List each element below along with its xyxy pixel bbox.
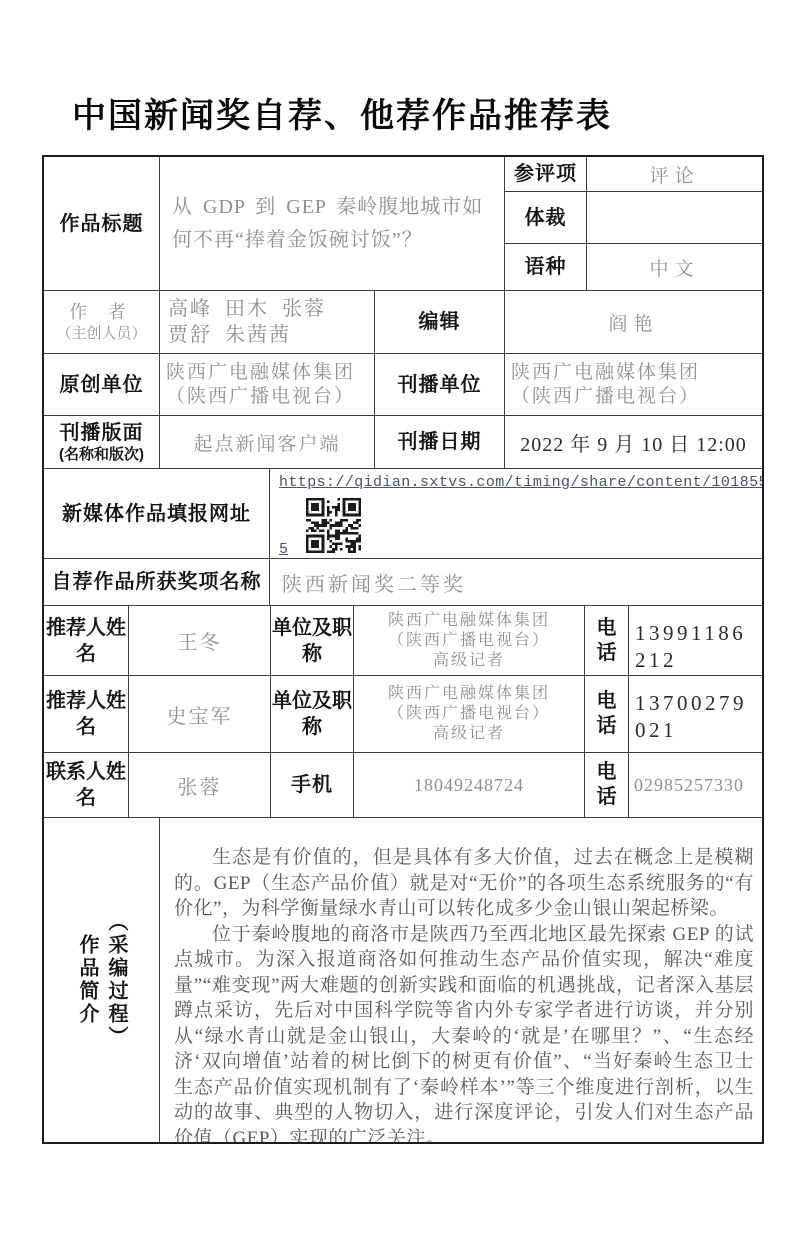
publish-page-value: 起点新闻客户端 [160,416,375,468]
row-units: 原创单位 陕西广电融媒体集团 （陕西广播电视台） 刊播单位 陕西广电融媒体集团 … [44,354,762,416]
row-recommender-1: 推荐人姓名 王冬 单位及职称 陕西广电融媒体集团 （陕西广播电视台） 高级记者 … [44,606,762,676]
row-media-url: 新媒体作品填报网址 https://qidian.sxtvs.com/timin… [44,469,762,559]
recommender2-unit-line1: 陕西广电融媒体集团 [388,684,550,704]
authors-label-line1: 作 者 [69,300,134,324]
recommender2-unit-line3: 高级记者 [433,724,505,744]
recommender1-unit-line3: 高级记者 [433,651,505,671]
genre-value [587,192,762,243]
authors-line1: 高峰 田木 张蓉 [168,296,326,322]
contact-label: 联系人姓名 [44,753,129,817]
recommendation-form-table: 作品标题 从 GDP 到 GEP 秦岭腹地城市如何不再“捧着金饭碗讨饭”？ 参评… [42,155,764,1144]
editor-value: 阎艳 [505,291,762,353]
contact-mobile-value: 18049248724 [354,753,585,817]
recommender1-unit-value: 陕西广电融媒体集团 （陕西广播电视台） 高级记者 [354,606,585,675]
summary-label-col1: 作品简介 [74,934,100,1026]
original-unit-line2: （陕西广播电视台） [166,385,355,409]
media-url-cell: https://qidian.sxtvs.com/timing/share/co… [270,469,762,558]
recommender1-phone-label: 电话 [585,606,629,675]
language-label: 语种 [505,244,587,290]
recommender2-unit-value: 陕西广电融媒体集团 （陕西广播电视台） 高级记者 [354,676,585,752]
publish-unit-line1: 陕西广电融媒体集团 [511,361,700,385]
publish-page-label-line2: (名称和版次) [59,446,144,464]
row-recommender-2: 推荐人姓名 史宝军 单位及职称 陕西广电融媒体集团 （陕西广播电视台） 高级记者… [44,676,762,753]
row-work-title: 作品标题 从 GDP 到 GEP 秦岭腹地城市如何不再“捧着金饭碗讨饭”？ 参评… [44,157,762,291]
recommender2-unit-label: 单位及职称 [271,676,354,752]
entry-subtable: 参评项 评论 体裁 语种 中文 [505,157,762,290]
publish-unit-line2: （陕西广播电视台） [511,385,700,409]
publish-date-label: 刊播日期 [375,416,505,468]
editor-label: 编辑 [375,291,505,353]
recommender2-unit-line2: （陕西广播电视台） [388,704,550,724]
original-unit-line1: 陕西广电融媒体集团 [166,361,355,385]
row-publish: 刊播版面 (名称和版次) 起点新闻客户端 刊播日期 2022 年 9 月 10 … [44,416,762,469]
recommender2-label: 推荐人姓名 [44,676,129,752]
recommender1-name: 王冬 [129,606,271,675]
summary-paragraph-2: 位于秦岭腹地的商洛市是陕西乃至西北地区最先探索 GEP 的试点城市。为深入报道商… [174,922,754,1143]
contact-phone-value: 02985257330 [629,753,762,817]
recommender1-phone-value: 13991186212 [629,606,762,675]
publish-date-value: 2022 年 9 月 10 日 12:00 [505,416,762,468]
contact-phone-label: 电话 [585,753,629,817]
summary-label: 作品简介 （采编过程） [44,818,160,1142]
page-title: 中国新闻奖自荐、他荐作品推荐表 [72,96,803,138]
original-unit-value: 陕西广电融媒体集团 （陕西广播电视台） [160,354,375,415]
media-url-label: 新媒体作品填报网址 [44,469,270,558]
summary-label-col2: （采编过程） [103,911,129,1049]
recommender2-name: 史宝军 [129,676,271,752]
language-value: 中文 [587,244,762,290]
authors-value: 高峰 田木 张蓉 贾舒 朱茜茜 [160,291,375,353]
row-contact: 联系人姓名 张蓉 手机 18049248724 电话 02985257330 [44,753,762,818]
authors-line2: 贾舒 朱茜茜 [168,322,291,348]
publish-unit-label: 刊播单位 [375,354,505,415]
award-label: 自荐作品所获奖项名称 [44,559,270,605]
genre-label: 体裁 [505,192,587,243]
entry-category-value: 评论 [587,157,762,191]
recommender1-label: 推荐人姓名 [44,606,129,675]
authors-label: 作 者 （主创人员） [44,291,160,353]
recommender1-unit-line2: （陕西广播电视台） [388,631,550,651]
qr-code [306,498,361,553]
recommender1-unit-label: 单位及职称 [271,606,354,675]
publish-page-label: 刊播版面 (名称和版次) [44,416,160,468]
work-title-label: 作品标题 [44,157,160,290]
row-award: 自荐作品所获奖项名称 陕西新闻奖二等奖 [44,559,762,606]
summary-body: 生态是有价值的，但是具体有多大价值，过去在概念上是模糊的。GEP（生态产品价值）… [160,818,762,1142]
entry-category-label: 参评项 [505,157,587,191]
media-url-link[interactable]: https://qidian.sxtvs.com/timing/share/co… [279,474,762,491]
work-title-value: 从 GDP 到 GEP 秦岭腹地城市如何不再“捧着金饭碗讨饭”？ [160,157,505,290]
row-summary: 作品简介 （采编过程） 生态是有价值的，但是具体有多大价值，过去在概念上是模糊的… [44,818,762,1142]
recommender2-phone-label: 电话 [585,676,629,752]
publish-page-label-line1: 刊播版面 [60,420,144,446]
publish-unit-value: 陕西广电融媒体集团 （陕西广播电视台） [505,354,762,415]
summary-paragraph-1: 生态是有价值的，但是具体有多大价值，过去在概念上是模糊的。GEP（生态产品价值）… [174,845,754,922]
contact-mobile-label: 手机 [271,753,354,817]
row-authors: 作 者 （主创人员） 高峰 田木 张蓉 贾舒 朱茜茜 编辑 阎艳 [44,291,762,354]
recommender2-phone-value: 13700279021 [629,676,762,752]
authors-label-line2: （主创人员） [56,324,146,344]
recommender1-unit-line1: 陕西广电融媒体集团 [388,611,550,631]
award-value: 陕西新闻奖二等奖 [270,559,762,605]
contact-name: 张蓉 [129,753,271,817]
original-unit-label: 原创单位 [44,354,160,415]
media-url-link-tail[interactable]: 5 [279,541,288,558]
